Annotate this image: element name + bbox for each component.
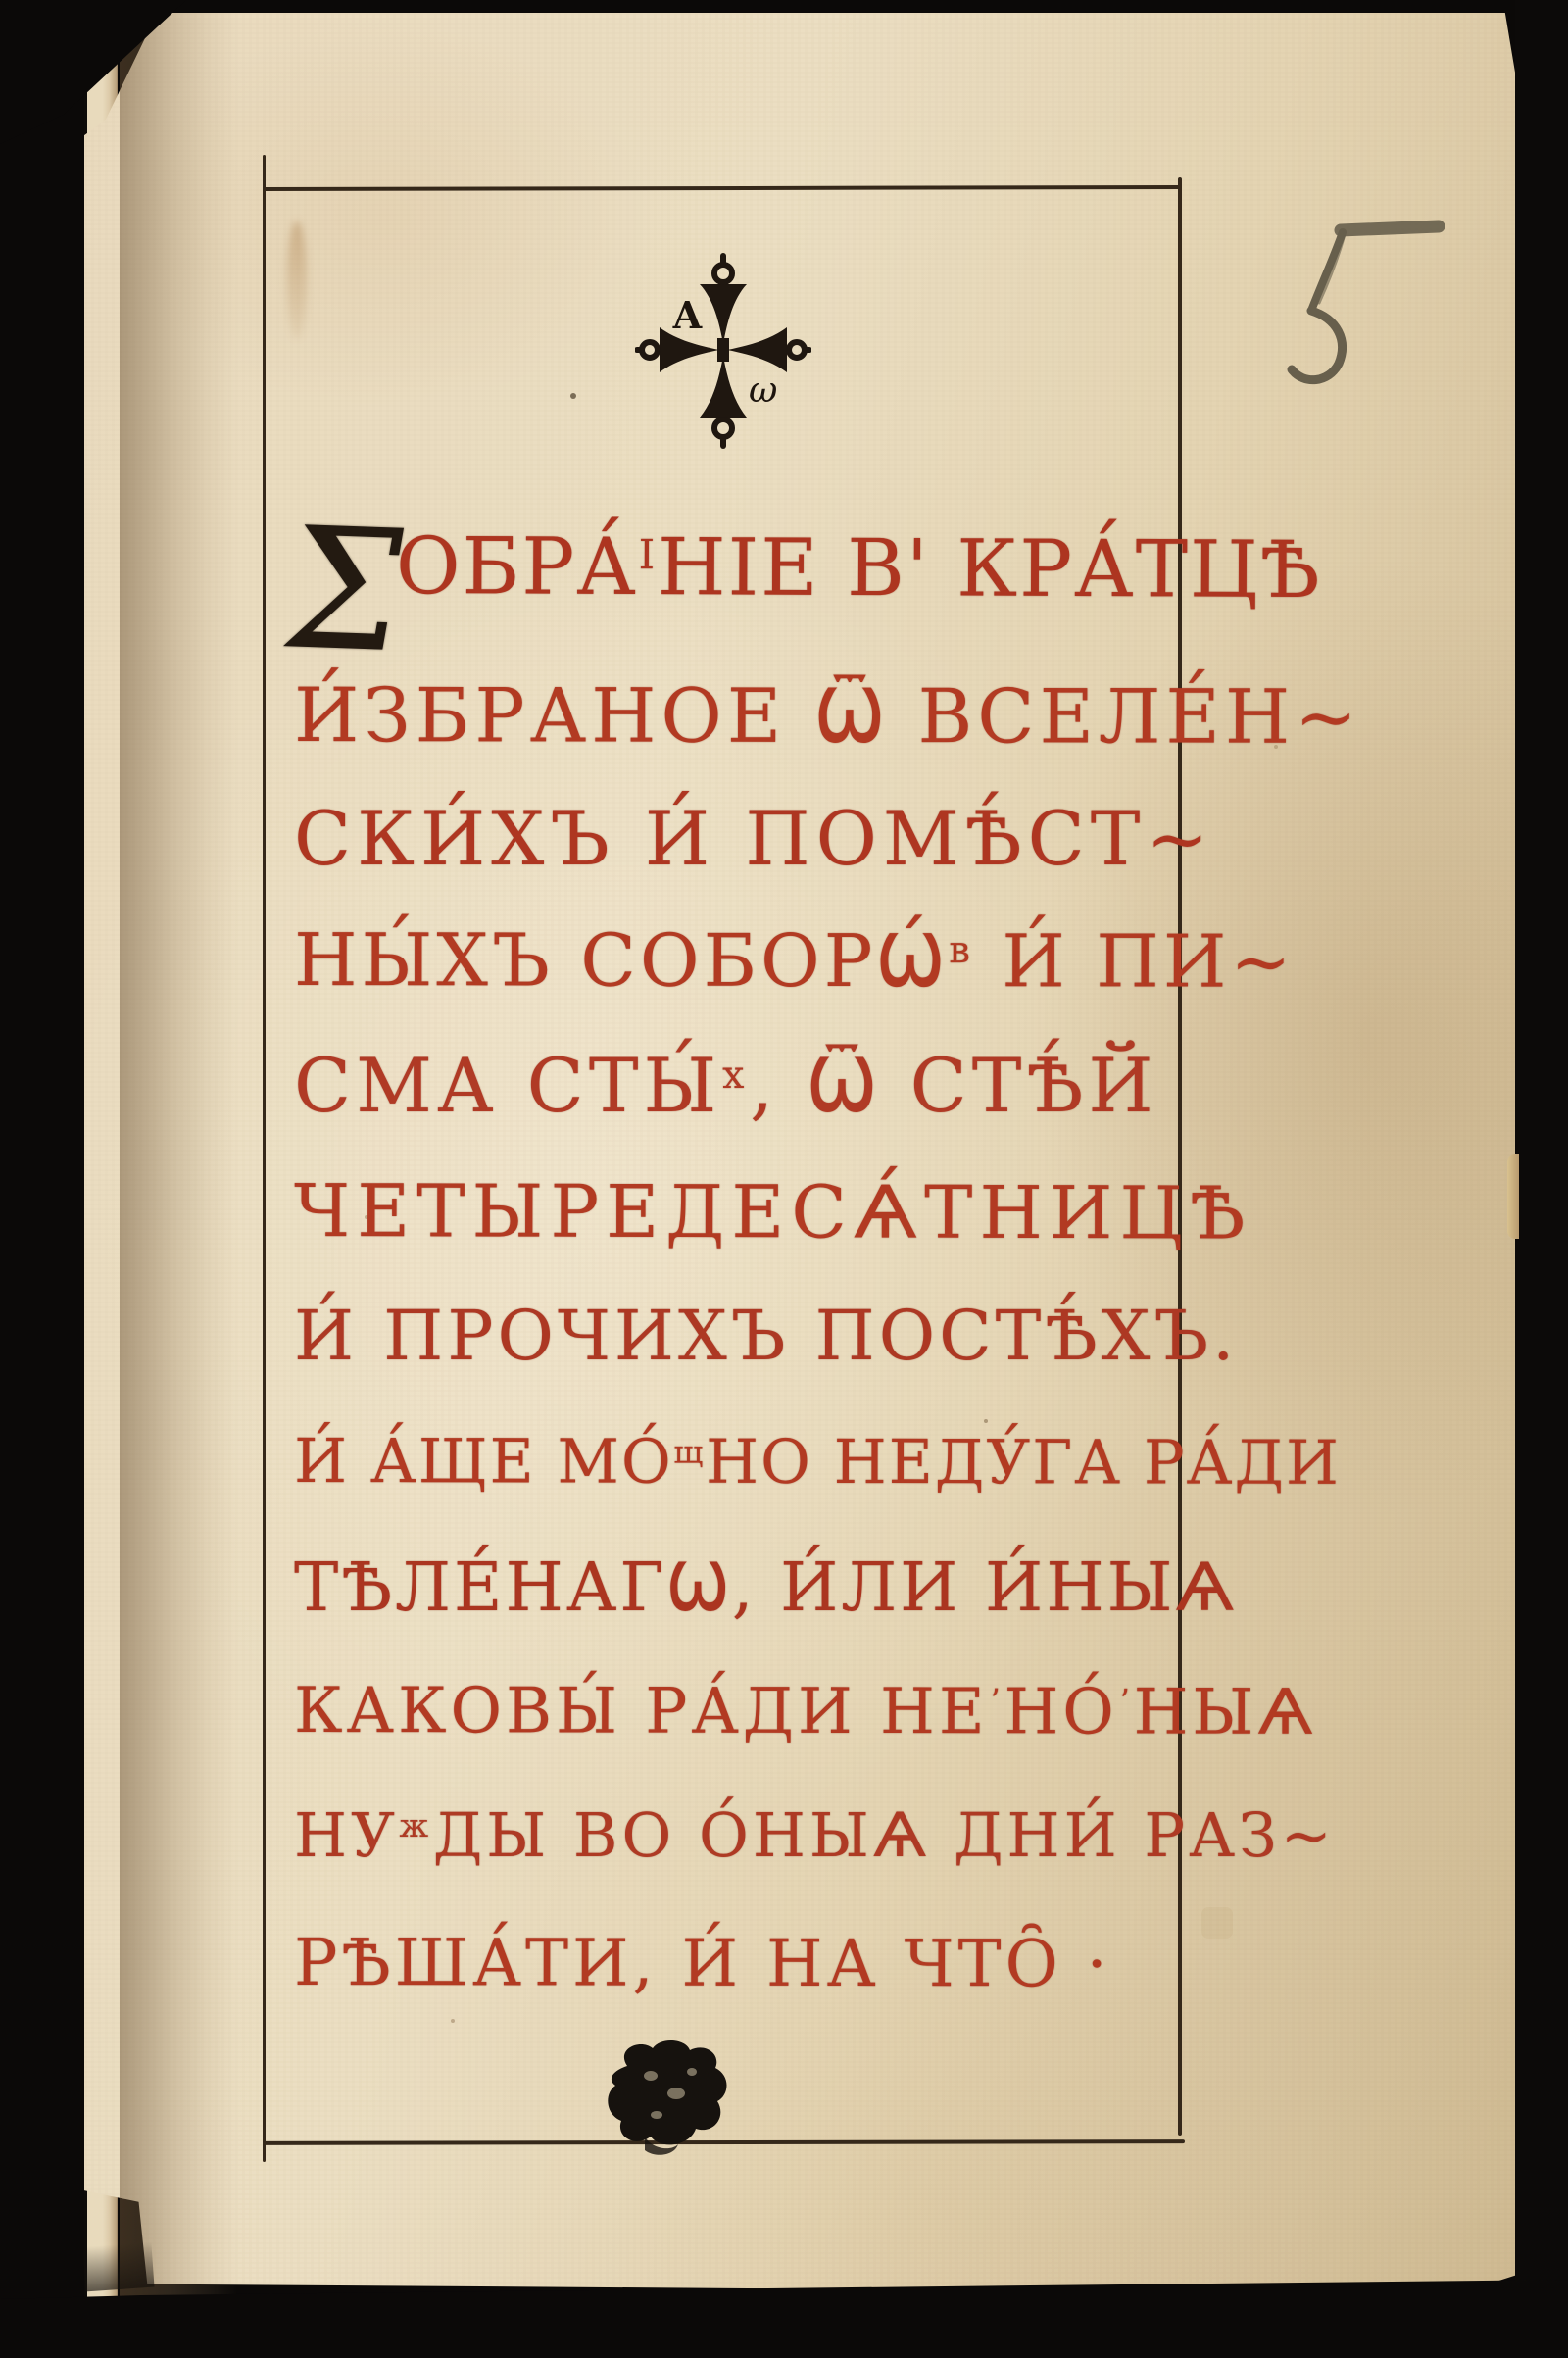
text-line-6: ЧЕТЫРЕДЕСѦ́ТНИЦѢ [294, 1166, 1252, 1259]
manuscript-photo: А ω 5 Σ ОБРА́ІНІЕ В' КРА́ТЦѢ И́ЗБРАНОЕ Ѿ… [0, 0, 1568, 2358]
page-edge-nick [1507, 1154, 1519, 1239]
text-line-4: НЫ́ХЪ СОБОРѠ́в И́ ПИ~ [294, 915, 1296, 1007]
text-line-3: СКИ́ХЪ И́ ПОМѢ́СТ~ [294, 792, 1214, 885]
text-line-9: ТѢЛЕ́НАГѠ, И́ЛИ И́НЫѦ [294, 1547, 1237, 1630]
text-line-7: И́ ПРОЧИХЪ ПОСТѢ́ХЪ. [294, 1294, 1238, 1380]
text-line-10: КАКОВЫ́ РА́ДИ НЕʼНО́ʼНЫѦ [294, 1672, 1317, 1752]
folio-number-pencil [1264, 191, 1470, 417]
backdrop-top-strip [0, 0, 1568, 13]
cross-omega-letter: ω [749, 370, 777, 411]
headpiece-cross-icon: А ω [635, 240, 811, 456]
cross-alpha-letter: А [672, 293, 703, 337]
bottomleft-corner-shadow [82, 2242, 154, 2292]
text-line-5: СМА СТЫ́х, Ѿ СТѢ́Й [294, 1039, 1158, 1132]
text-line-8: И́ А́ЩЕ МО́щНО НЕДУ́ГА РА́ДИ [294, 1423, 1341, 1500]
text-line-2: И́ЗБРАНОЕ Ѿ ВСЕЛЕ́Н~ [294, 668, 1362, 763]
backdrop-right-strip [1515, 0, 1568, 2358]
ink-stain-smear [287, 221, 307, 339]
text-line-12: РѢША́ТИ, И́ НА ЧТО̑ · [294, 1923, 1111, 2005]
text-line-1: ОБРА́ІНІЕ В' КРА́ТЦѢ [396, 517, 1322, 619]
text-line-11: НУжДЫ ВО О́НЫѦ ДНИ́ РАЗ~ [294, 1797, 1336, 1874]
ink-blot [600, 2035, 753, 2172]
frame-border-left [263, 155, 266, 2162]
gutter-shadow [120, 0, 237, 2313]
